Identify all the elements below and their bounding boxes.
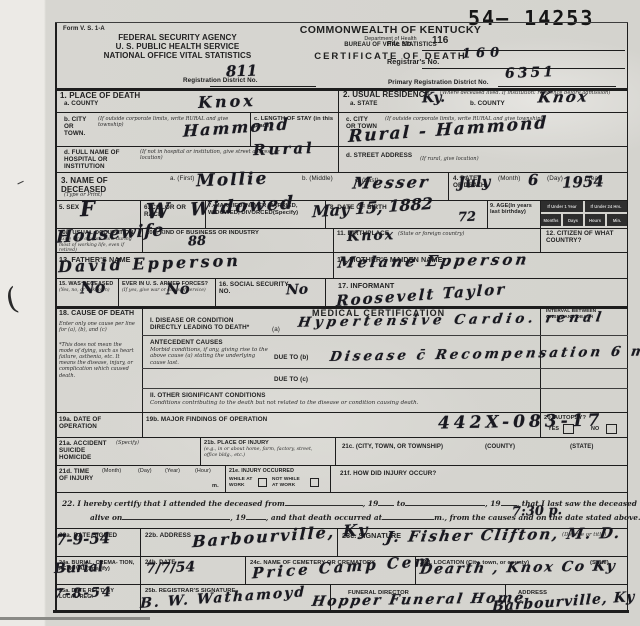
street-address-note: (If rural, give location) [420,156,510,162]
certify-text: , 19 [230,513,245,522]
days-header: Days [563,214,583,226]
certificate-form: Form V. S. 1-A FEDERAL SECURITY AGENCY U… [50,20,630,616]
residence-county-label: b. COUNTY [470,100,505,107]
hospital-value: Rural [253,139,315,159]
usual-residence-note: (Where deceased lived. If institution: r… [440,90,620,96]
dod-month-label: (Month) [498,175,520,182]
while-at-work-label: WHILE AT WORK [229,477,257,488]
cause-footnote: *This does not mean the mode of dying, s… [59,342,137,379]
antecedent-note: Morbid conditions, if any, giving rise t… [150,347,268,366]
business-label: 10b. KIND OF BUSINESS OR INDUSTRY [146,230,276,237]
address-value: Barbourville, Ky [192,520,370,551]
grid-line [330,465,331,492]
file-no-line [422,50,625,51]
grid-line [140,556,141,584]
county-label: a. COUNTY [64,100,99,107]
file-no-label: File No. [387,40,414,48]
grid-line [55,492,628,493]
agency-line-3: NATIONAL OFFICE VITAL STATISTICS [60,51,295,60]
cause-note: Enter only one cause per line for (a), (… [59,321,135,333]
due-to-b-label: DUE TO (b) [274,354,308,361]
residence-county-value: Knox [537,88,591,107]
last-name-value: Messer [351,172,431,192]
disease-condition-label-2: DIRECTLY LEADING TO DEATH* [150,324,249,331]
injury-city-label: 21c. (CITY, TOWN, OR TOWNSHIP) [342,444,443,451]
how-injury-occurred-label: 21f. HOW DID INJURY OCCUR? [340,470,436,477]
grid-line [140,528,141,556]
county-value: Knox [198,91,256,112]
place-of-death-title: 1. PLACE OF DEATH [60,91,140,100]
certify-text: 22. I hereby certify that I attended the… [62,499,285,508]
agency-line-1: FEDERAL SECURITY AGENCY [60,33,295,42]
address-label: 22b. ADDRESS [145,532,191,539]
not-while-at-work-label: NOT WHILE AT WORK [272,477,306,488]
hours-header: Hours [585,214,605,226]
due-to-c-label: DUE TO (c) [274,376,308,383]
business-value: 88 [188,234,207,250]
grid-line [200,437,201,465]
dod-year-value: 1954 [562,172,604,191]
grid-line [338,88,339,172]
autopsy-no-checkbox [606,424,617,434]
middle-name-label: b. (Middle) [302,175,333,182]
dod-day-label: (Day) [547,175,563,182]
age-value: 72 [458,210,477,226]
frame-right [627,22,628,612]
armed-forces-value-2: No [166,280,190,299]
cause-b-value: Disease c̄ Recompensation 6 mo. [329,343,640,365]
grid-line [333,228,334,278]
dob-value: May 15, 1882 [312,194,433,222]
dod-day-value: 6 [528,171,539,189]
grid-line [215,278,216,306]
min-header: Min. [607,214,627,226]
under-1-year-header: If Under 1 Year [541,201,583,212]
grid-line [55,172,628,173]
cause-of-death-title: 18. CAUSE OF DEATH [59,310,137,318]
death-time-value: 7:30 p. [512,503,563,520]
registration-district-value: 811 [226,61,258,80]
masthead-left: Form V. S. 1-A FEDERAL SECURITY AGENCY U… [60,26,295,60]
date-of-operation-label: 19a. DATE OF OPERATION [59,416,129,430]
grid-line [118,278,119,306]
frame-top [55,22,628,23]
physician-signature-value: J. Fisher Clifton, M. D. [385,524,623,546]
marital-value: Widowed [190,192,295,220]
location-value: Dearth , Knox Co Ky [419,558,618,577]
injury-state-label: (STATE) [570,444,593,451]
primary-district-label: Primary Registration District No. [388,79,489,86]
date-recd-value: 7-8-54 [54,585,113,602]
injury-county-label: (COUNTY) [485,444,515,451]
certify-text: alive on [90,513,122,522]
street-address-label: d. STREET ADDRESS [346,152,412,159]
not-while-at-work-checkbox [310,478,319,487]
certify-text: to [397,499,405,508]
agency-line-2: U. S. PUBLIC HEALTH SERVICE [60,42,295,51]
form-number: Form V. S. 1-A [63,26,295,33]
certify-text: , 19 [485,499,500,508]
grid-line [55,146,628,147]
grid-line [142,306,143,437]
birthplace-value: Knox [347,227,396,245]
while-at-work-checkbox [258,478,267,487]
cause-a-sub: (a) [272,326,280,333]
grid-line [55,278,628,279]
age-label: 9. AGE(In years last birthday) [490,203,538,216]
city-or-town-label: b. CITY OR TOWN. [64,116,94,138]
injury-hour-label: (Hour) [195,468,211,474]
sex-label: 5. SEX [59,204,79,211]
under-24-hrs-header: If Under 24 Hrs. [585,201,627,212]
grid-line [325,278,326,306]
registrar-no-label: Registrar's No. [387,58,439,66]
date-signed-value: 7-9-54 [56,529,111,549]
residence-state-label: a. STATE [350,100,378,107]
birthplace-note: (State or foreign country) [398,231,464,237]
place-of-injury-note: (e.g., in or about home, farm, factory, … [204,447,324,459]
grid-line [540,228,541,252]
citizen-label: 12. CITIZEN OF WHAT COUNTRY? [546,230,616,244]
grid-line [487,200,488,228]
first-name-label: a. (First) [170,175,194,182]
file-no-value: 116 [432,35,448,47]
grid-line [245,556,246,584]
certify-text: , 19 [363,499,378,508]
place-of-injury-label: 21b. PLACE OF INJURY [204,440,269,446]
grid-line [448,172,449,200]
commonwealth-title: COMMONWEALTH OF KENTUCKY [298,24,483,36]
antecedent-causes-label: ANTECEDENT CAUSES [150,339,223,346]
burial-date-value: 7/7/54 [146,559,196,577]
injury-day-label: (Day) [138,468,152,474]
race-value: W [146,198,170,224]
major-findings-value: 442X-083-17 [438,411,604,434]
grid-line [335,437,336,465]
residence-state-value: Ky. [422,90,445,107]
time-of-injury-label: 21d. TIME OF INJURY [59,468,95,482]
injury-month-label: (Month) [102,468,121,474]
ssn-value: No [286,282,309,299]
accident-suicide-homicide-label: 21a. ACCIDENT SUICIDE HOMICIDE [59,440,111,462]
grid-line [225,465,226,492]
mother-name-value: Melane Epperson [337,250,531,271]
cause-rule-a [142,335,628,336]
sex-value: F [80,196,96,222]
other-conditions-label: II. OTHER SIGNIFICANT CONDITIONS [150,392,266,399]
scan-streak [0,617,150,620]
frame-left [55,22,57,612]
burial-type-value: Burial [54,559,104,577]
injury-m-label: m. [212,483,219,489]
injury-occurred-label: 21e. INJURY OCCURRED [229,468,294,474]
first-name-value: Mollie [196,169,269,192]
major-findings-label: 19b. MAJOR FINDINGS OF OPERATION [146,416,267,423]
specify-note: (Specify) [116,440,139,446]
cause-rule-b [142,368,628,369]
months-header: Months [541,214,561,226]
hospital-label: d. FULL NAME OF HOSPITAL OR INSTITUTION [64,149,136,171]
primary-district-value: 6351 [505,64,556,82]
cause-rule-c [142,388,628,389]
dod-month-value: July [458,172,491,191]
injury-year-label: (Year) [165,468,180,474]
scanned-death-certificate: { "stamp_number": "54\u2014 14253", "mas… [0,0,640,626]
usual-residence-title: 2. USUAL RESIDENCE [343,90,430,99]
occupation-value: Housewife [56,220,165,248]
armed-forces-value-1: No [80,278,106,298]
grid-line [55,465,628,466]
registrar-no-value: 160 [462,45,505,61]
grid-line [55,437,628,438]
other-conditions-note: Conditions contributing to the death but… [150,400,430,407]
